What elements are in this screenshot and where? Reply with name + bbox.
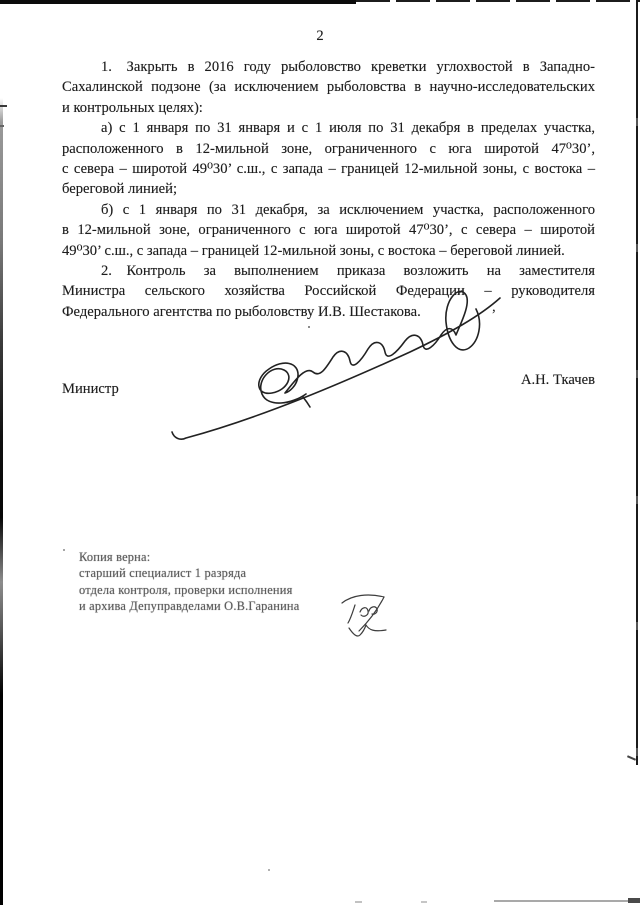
text-line: 1. Закрыть в 2016 году рыболовство креве… (62, 57, 595, 77)
scan-edge-top (0, 0, 356, 4)
certification-line: Копия верна: (79, 549, 299, 565)
signature-tick-stroke (303, 397, 310, 407)
certification-block: Копия верна: старший специалист 1 разряд… (79, 549, 299, 615)
clerk-signature-stroke (342, 595, 384, 603)
scan-edge-right (636, 0, 638, 765)
minister-name: А.Н. Ткачев (430, 372, 595, 389)
minister-position-label: Министр (62, 381, 119, 398)
minister-signature (140, 280, 520, 448)
text-line: Сахалинской подзоне (за исключением рыбо… (62, 77, 595, 97)
text-line: и контрольных целях): (62, 98, 595, 118)
certification-line: старший специалист 1 разряда (79, 565, 299, 581)
scan-dash-bottom (355, 901, 362, 903)
scan-edge-left (0, 98, 3, 905)
scan-tick-left (0, 125, 4, 127)
clerk-signature (338, 589, 398, 644)
certification-line: и архива Депуправделами О.В.Гаранина (79, 598, 299, 614)
scan-dash-bottom (421, 901, 427, 903)
scan-speck (63, 549, 65, 551)
scan-tick-right (627, 755, 636, 760)
text-line: с севера – широтой 49⁰30’ с.ш., с запада… (62, 159, 595, 179)
clerk-signature-stroke (360, 607, 377, 616)
clerk-signature-stroke (349, 625, 386, 636)
scan-tick-left (0, 105, 7, 107)
text-line: 49⁰30’ с.ш., с запада – границей 12-миль… (62, 241, 595, 261)
text-line: береговой линией; (62, 179, 595, 199)
scan-edge-bottom (494, 900, 640, 902)
scan-edge-top-right (356, 0, 640, 2)
text-line: б) с 1 января по 31 декабря, за исключен… (62, 200, 595, 220)
scanned-order-page: 2 1. Закрыть в 2016 году рыболовство кре… (0, 0, 640, 905)
scan-speck (268, 869, 270, 871)
scan-edge-bottom-corner (628, 898, 640, 903)
text-line: расположенного в 12-мильной зоне, ограни… (62, 139, 595, 159)
text-line: в 12-мильной зоне, ограниченного с юга ш… (62, 220, 595, 240)
page-number: 2 (0, 28, 640, 45)
clerk-signature-stroke (348, 605, 355, 623)
text-line: а) с 1 января по 31 января и с 1 июля по… (62, 118, 595, 138)
certification-line: отдела контроля, проверки исполнения (79, 582, 299, 598)
signature-sweep-stroke (172, 298, 500, 439)
text-line: 2. Контроль за выполнением приказа возло… (62, 261, 595, 281)
